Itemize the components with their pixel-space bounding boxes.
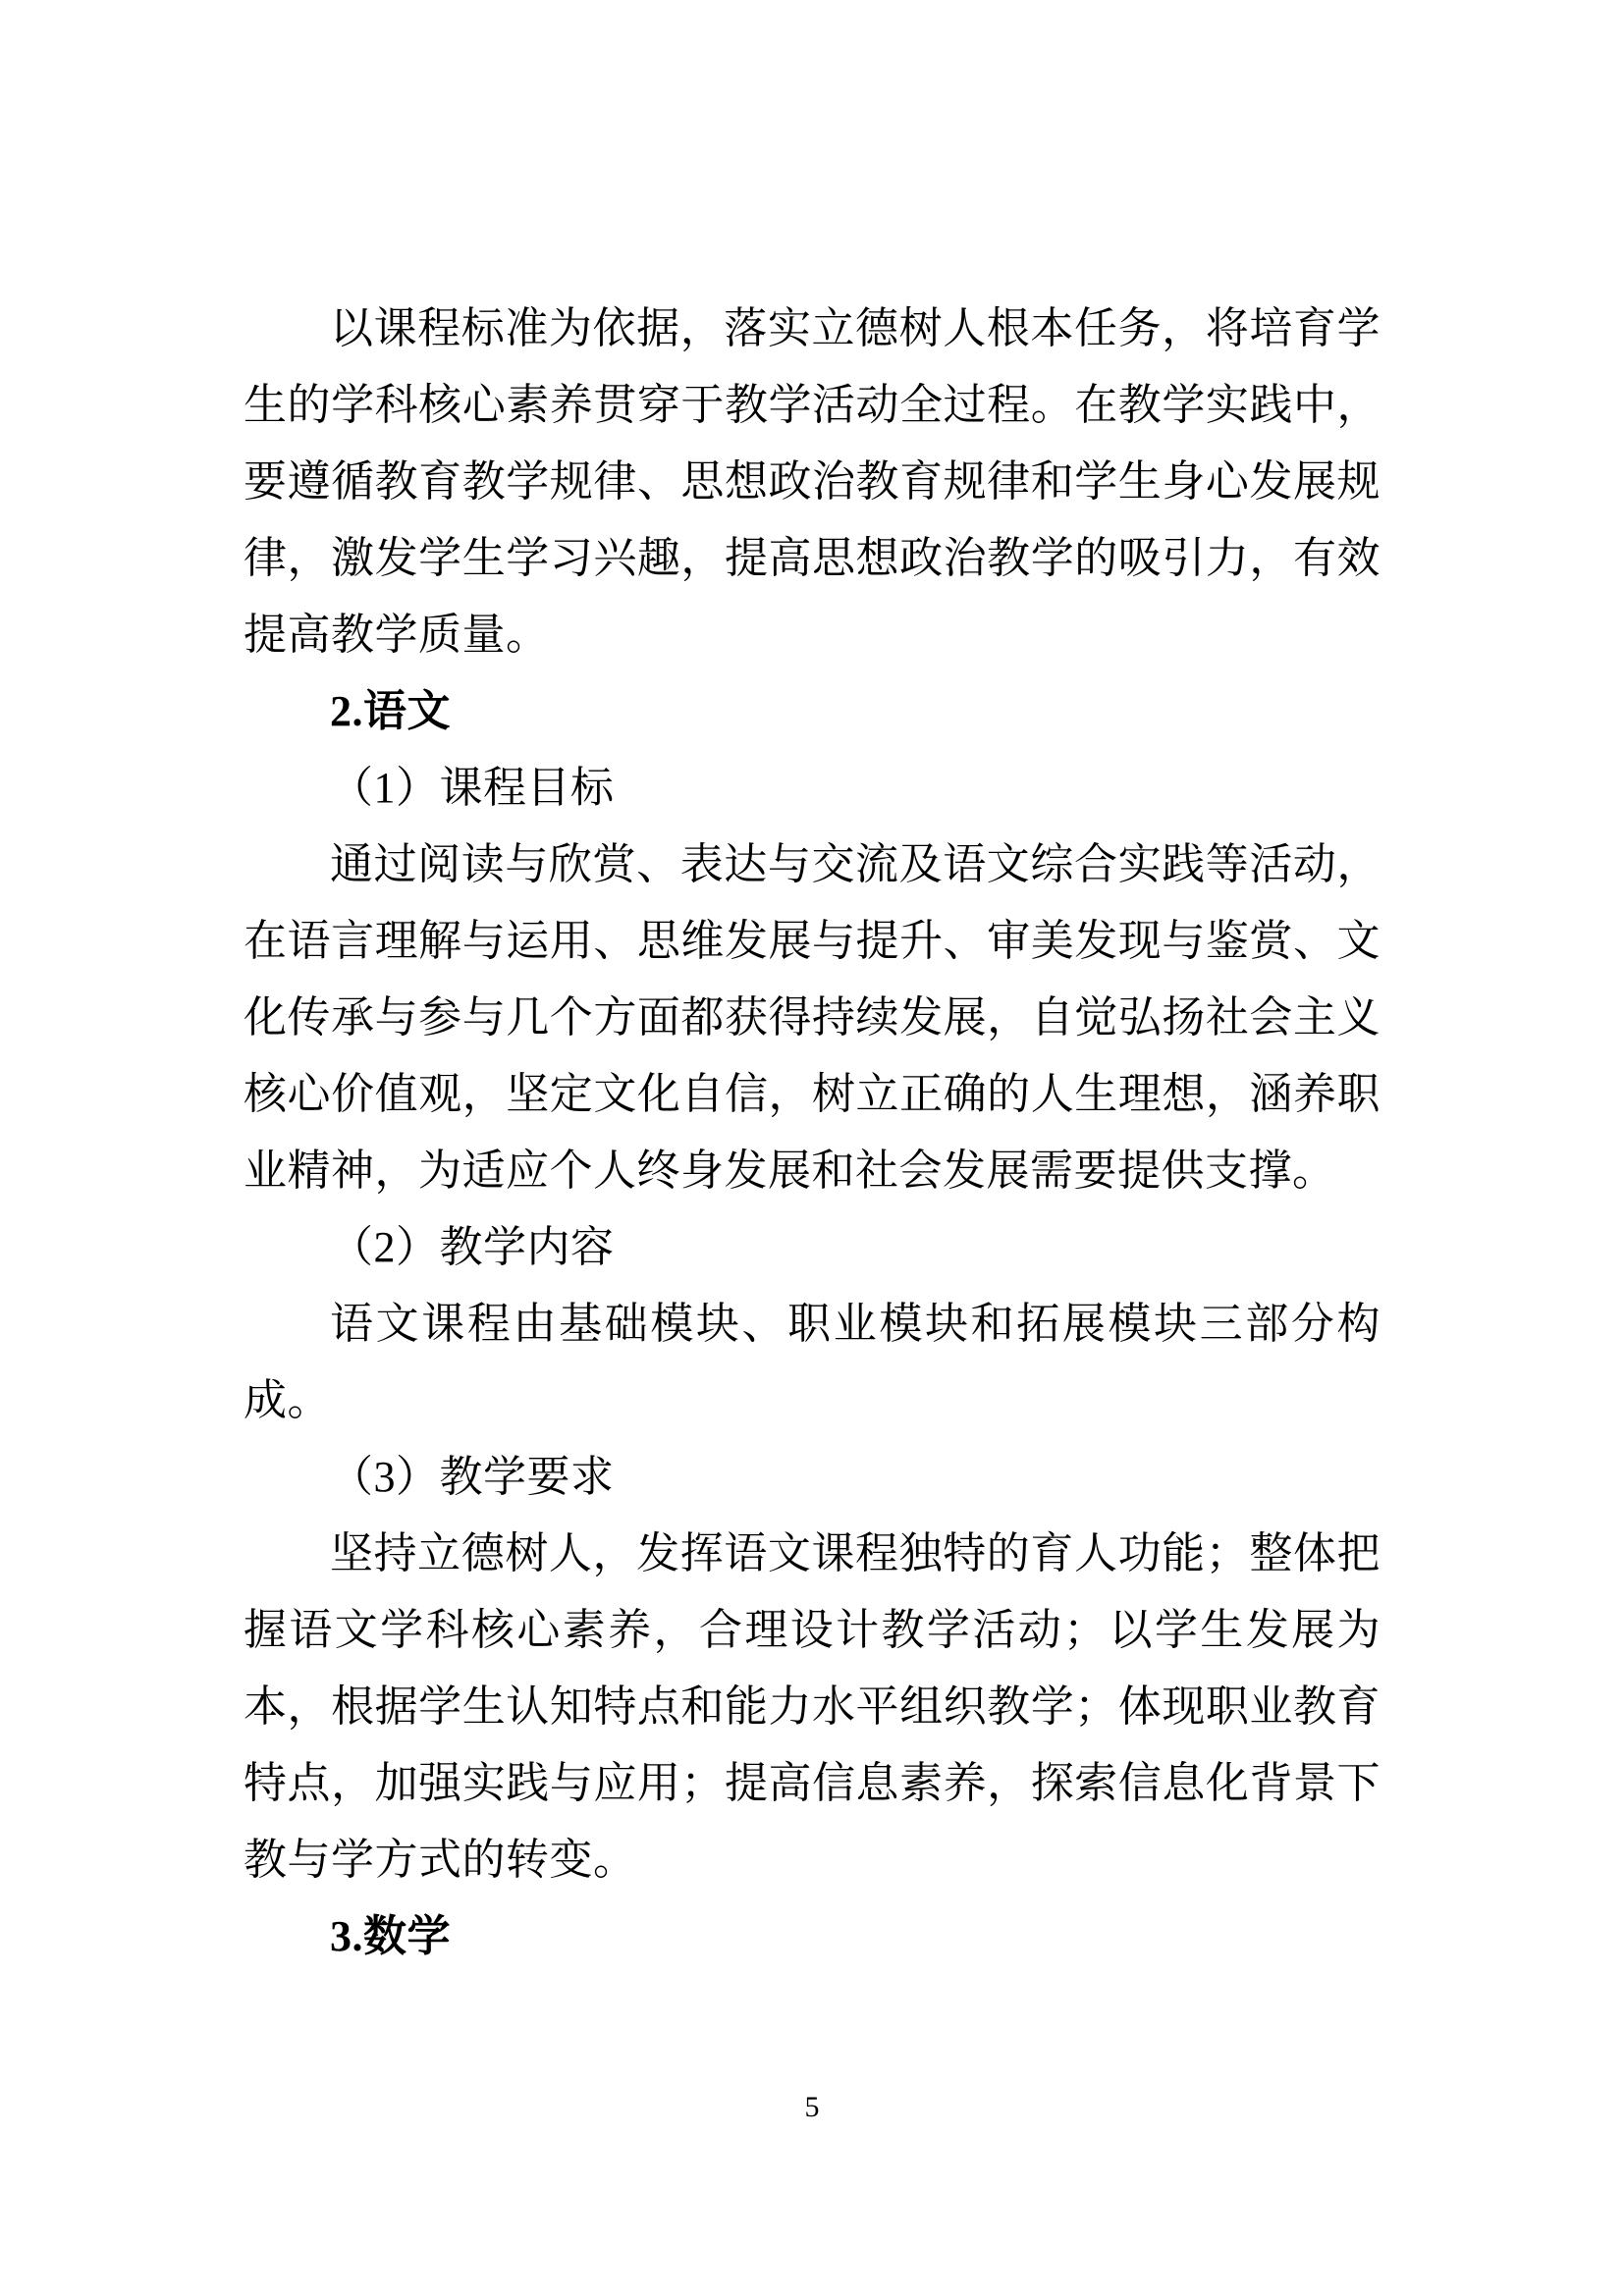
paragraph-chinese-requirements: 坚持立德树人，发挥语文课程独特的育人功能；整体把握语文学科核心素养，合理设计教学… [244,1516,1380,1898]
paragraph-chinese-objectives: 通过阅读与欣赏、表达与交流及语文综合实践等活动，在语言理解与运用、思维发展与提升… [244,827,1380,1209]
subheading-teaching-content: （2）教学内容 [244,1209,1380,1286]
page-footer: 5 [0,2093,1624,2122]
paragraph-chinese-content: 语文课程由基础模块、职业模块和拓展模块三部分构成。 [244,1286,1380,1439]
document-page: 以课程标准为依据，落实立德树人根本任务，将培育学生的学科核心素养贯穿于教学活动全… [0,0,1624,2296]
document-body: 以课程标准为依据，落实立德树人根本任务，将培育学生的学科核心素养贯穿于教学活动全… [244,291,1380,1975]
heading-chinese: 2.语文 [244,673,1380,750]
subheading-course-objectives: （1）课程目标 [244,750,1380,827]
subheading-teaching-requirements: （3）教学要求 [244,1439,1380,1516]
page-number: 5 [805,2091,820,2123]
paragraph-ideology-teaching: 以课程标准为依据，落实立德树人根本任务，将培育学生的学科核心素养贯穿于教学活动全… [244,291,1380,673]
heading-mathematics: 3.数学 [244,1898,1380,1975]
